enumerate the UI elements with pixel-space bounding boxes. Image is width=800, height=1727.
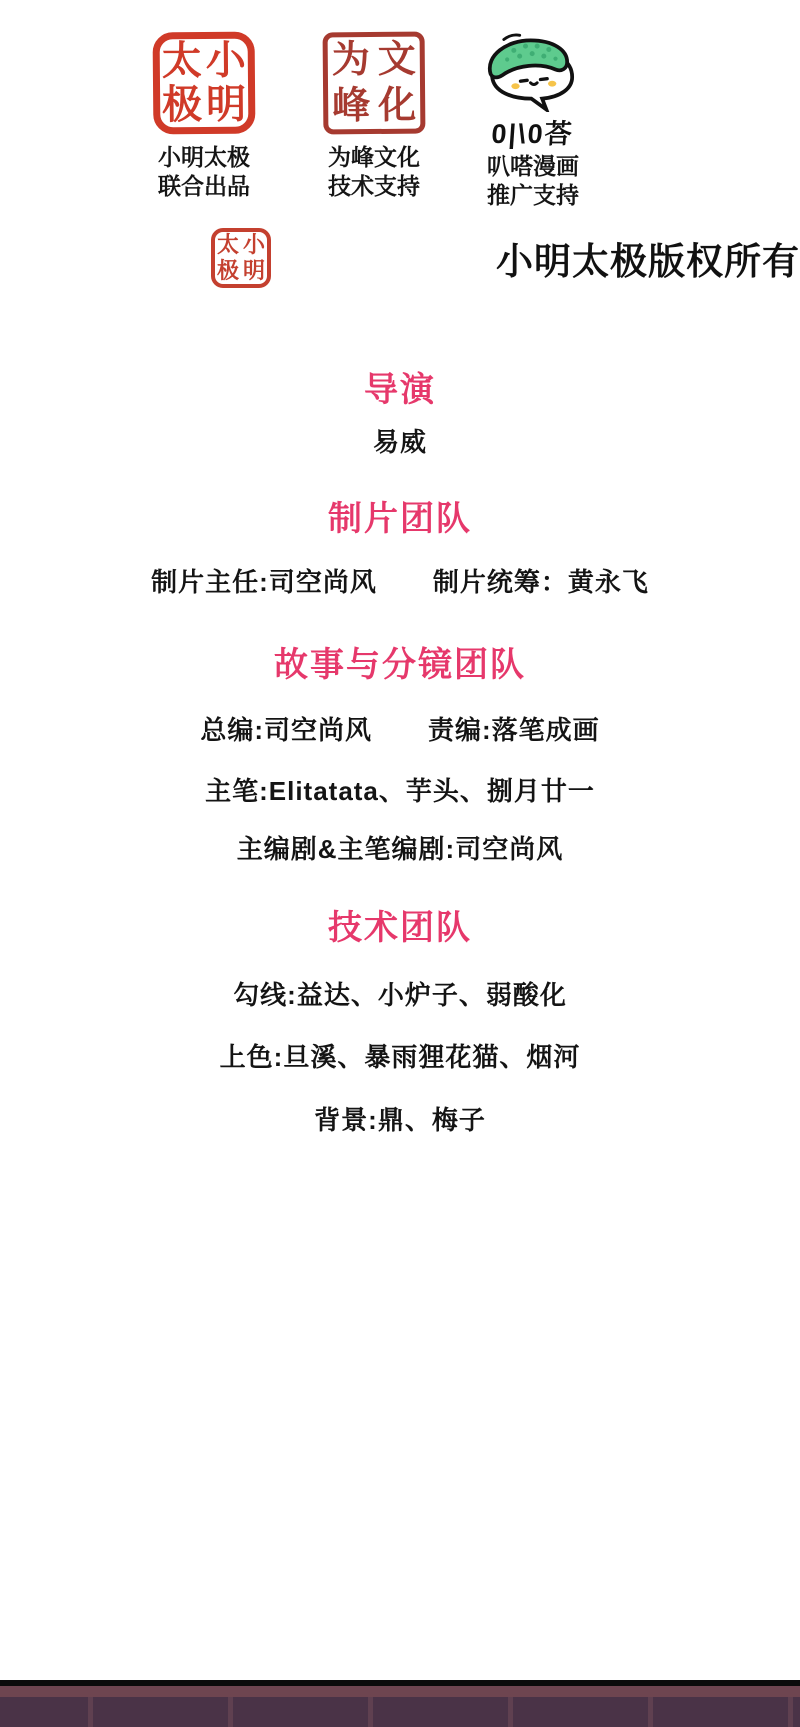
tech-team-coloring: 上色:旦溪、暴雨狸花猫、烟河 [0, 1037, 800, 1074]
director-name: 易威 [0, 422, 800, 459]
tech-team-background: 背景:鼎、梅子 [0, 1100, 800, 1137]
bada-mascot-icon [458, 32, 608, 112]
seal-char: 峰 [332, 87, 370, 125]
seal-char: 小 [243, 234, 265, 256]
logo-caption-line: 联合出品 [138, 172, 270, 201]
bada-wordmark: 0|\0荅 [457, 112, 609, 143]
section-header-director: 导演 [0, 362, 800, 411]
section-header-tech-team: 技术团队 [0, 900, 800, 949]
seal-char: 小 [206, 41, 246, 81]
seal-char: 为 [332, 41, 370, 79]
logo-bada-manhua: 0|\0荅 叭嗒漫画 推广支持 [458, 32, 608, 210]
xiaoming-taiji-seal-icon: 太 小 极 明 [153, 32, 256, 135]
weifeng-culture-seal-icon: 为 文 峰 化 [323, 32, 426, 135]
logo-caption-line: 技术支持 [308, 172, 440, 201]
credits-page: 太 小 极 明 小明太极 联合出品 为 文 峰 化 为峰文化 技术支持 [0, 0, 800, 1727]
logo-weifeng-culture: 为 文 峰 化 为峰文化 技术支持 [308, 32, 440, 201]
logo-caption-line: 为峰文化 [308, 143, 440, 172]
section-header-production-team: 制片团队 [0, 491, 800, 540]
production-team-roles: 制片主任:司空尚风制片统筹：黄永飞 [0, 562, 800, 599]
logo-caption-line: 小明太极 [138, 143, 270, 172]
production-role: 制片主任:司空尚风 [151, 567, 377, 597]
seal-char: 太 [217, 234, 239, 256]
seal-char: 极 [217, 260, 239, 282]
story-team-artists: 主笔:Elitatata、芋头、捌月廿一 [0, 771, 800, 808]
logo-caption-line: 推广支持 [458, 181, 608, 210]
seal-char: 明 [206, 85, 246, 125]
seal-char: 极 [162, 85, 202, 125]
seal-char: 化 [378, 87, 416, 125]
logo-caption-line: 叭嗒漫画 [458, 152, 608, 181]
story-role: 总编:司空尚风 [200, 715, 372, 745]
seal-char: 文 [378, 41, 416, 79]
brick-wall-strip [0, 1686, 800, 1727]
section-header-story-team: 故事与分镜团队 [0, 637, 800, 686]
seal-char: 太 [162, 41, 202, 81]
copyright-row: 太 小 极 明 小明太极版权所有 [0, 228, 800, 288]
xiaoming-taiji-small-seal-icon: 太 小 极 明 [211, 228, 271, 288]
logo-xiaoming-taiji: 太 小 极 明 小明太极 联合出品 [138, 32, 270, 201]
story-team-editors: 总编:司空尚风责编:落笔成画 [0, 710, 800, 747]
seal-char: 明 [243, 260, 265, 282]
production-role: 制片统筹：黄永飞 [433, 567, 649, 597]
story-team-writers: 主编剧&主笔编剧:司空尚风 [0, 829, 800, 866]
tech-team-lineart: 勾线:益达、小炉子、弱酸化 [0, 975, 800, 1012]
comic-panel-edge [0, 1680, 800, 1727]
copyright-text: 小明太极版权所有 [496, 231, 800, 285]
story-role: 责编:落笔成画 [428, 715, 600, 745]
